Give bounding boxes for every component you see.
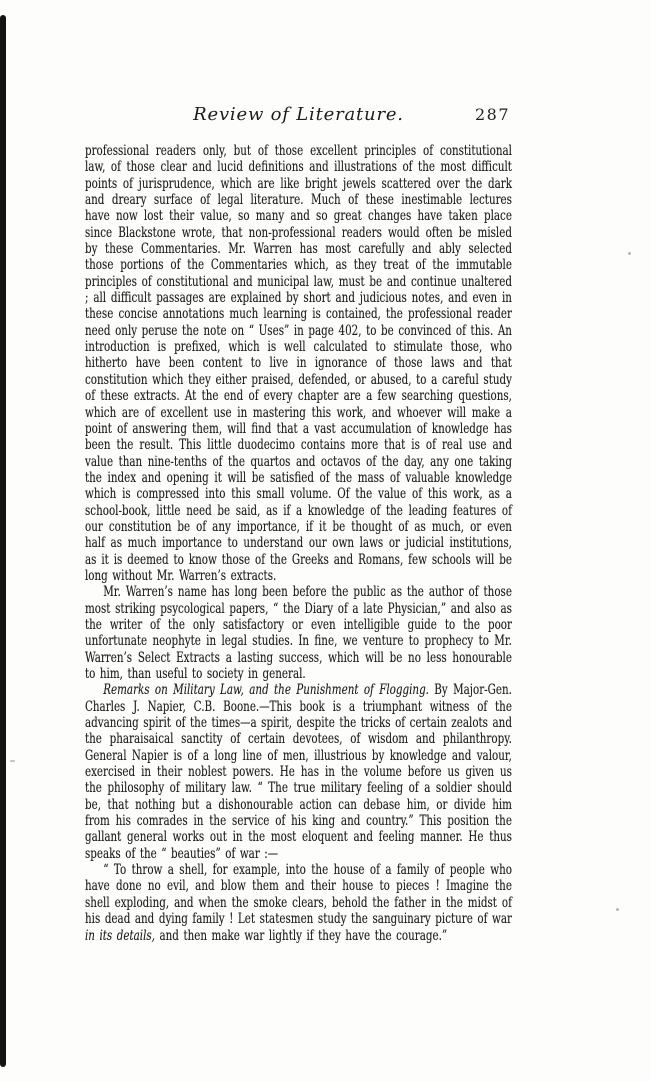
warren-review-paragraph-1: professional readers only, but of those … — [85, 143, 512, 584]
warren-review-paragraph-2: Mr. Warren’s name has long been before t… — [85, 584, 512, 682]
paragraph-text: professional readers only, but of those … — [85, 143, 512, 584]
scan-gutter-line — [0, 15, 6, 1067]
page-number: 287 — [475, 105, 510, 124]
running-head: Review of Literature. 287 — [85, 104, 512, 130]
napier-quote-paragraph: “ To throw a shell, for example, into th… — [85, 862, 512, 944]
scan-speck — [10, 760, 15, 762]
napier-review-paragraph: Remarks on Military Law, and the Punishm… — [85, 682, 512, 862]
quote-text: and then make war lightly if they have t… — [155, 928, 447, 944]
scan-speck — [616, 908, 619, 911]
paragraph-text: By Major-Gen. Charles J. Napier, C.B. Bo… — [85, 682, 512, 861]
page-content: Review of Literature. 287 professional r… — [85, 0, 512, 944]
reviewed-book-title: Remarks on Military Law, and the Punishm… — [103, 682, 429, 698]
quote-text: “ To throw a shell, for example, into th… — [85, 862, 512, 927]
scanned-book-page: Review of Literature. 287 professional r… — [0, 0, 651, 1082]
quote-italic-phrase: in its details, — [85, 928, 155, 944]
paragraph-text: Mr. Warren’s name has long been before t… — [85, 584, 512, 682]
scan-speck — [628, 252, 631, 255]
body-text: professional readers only, but of those … — [85, 143, 512, 944]
page-title: Review of Literature. — [85, 104, 512, 125]
